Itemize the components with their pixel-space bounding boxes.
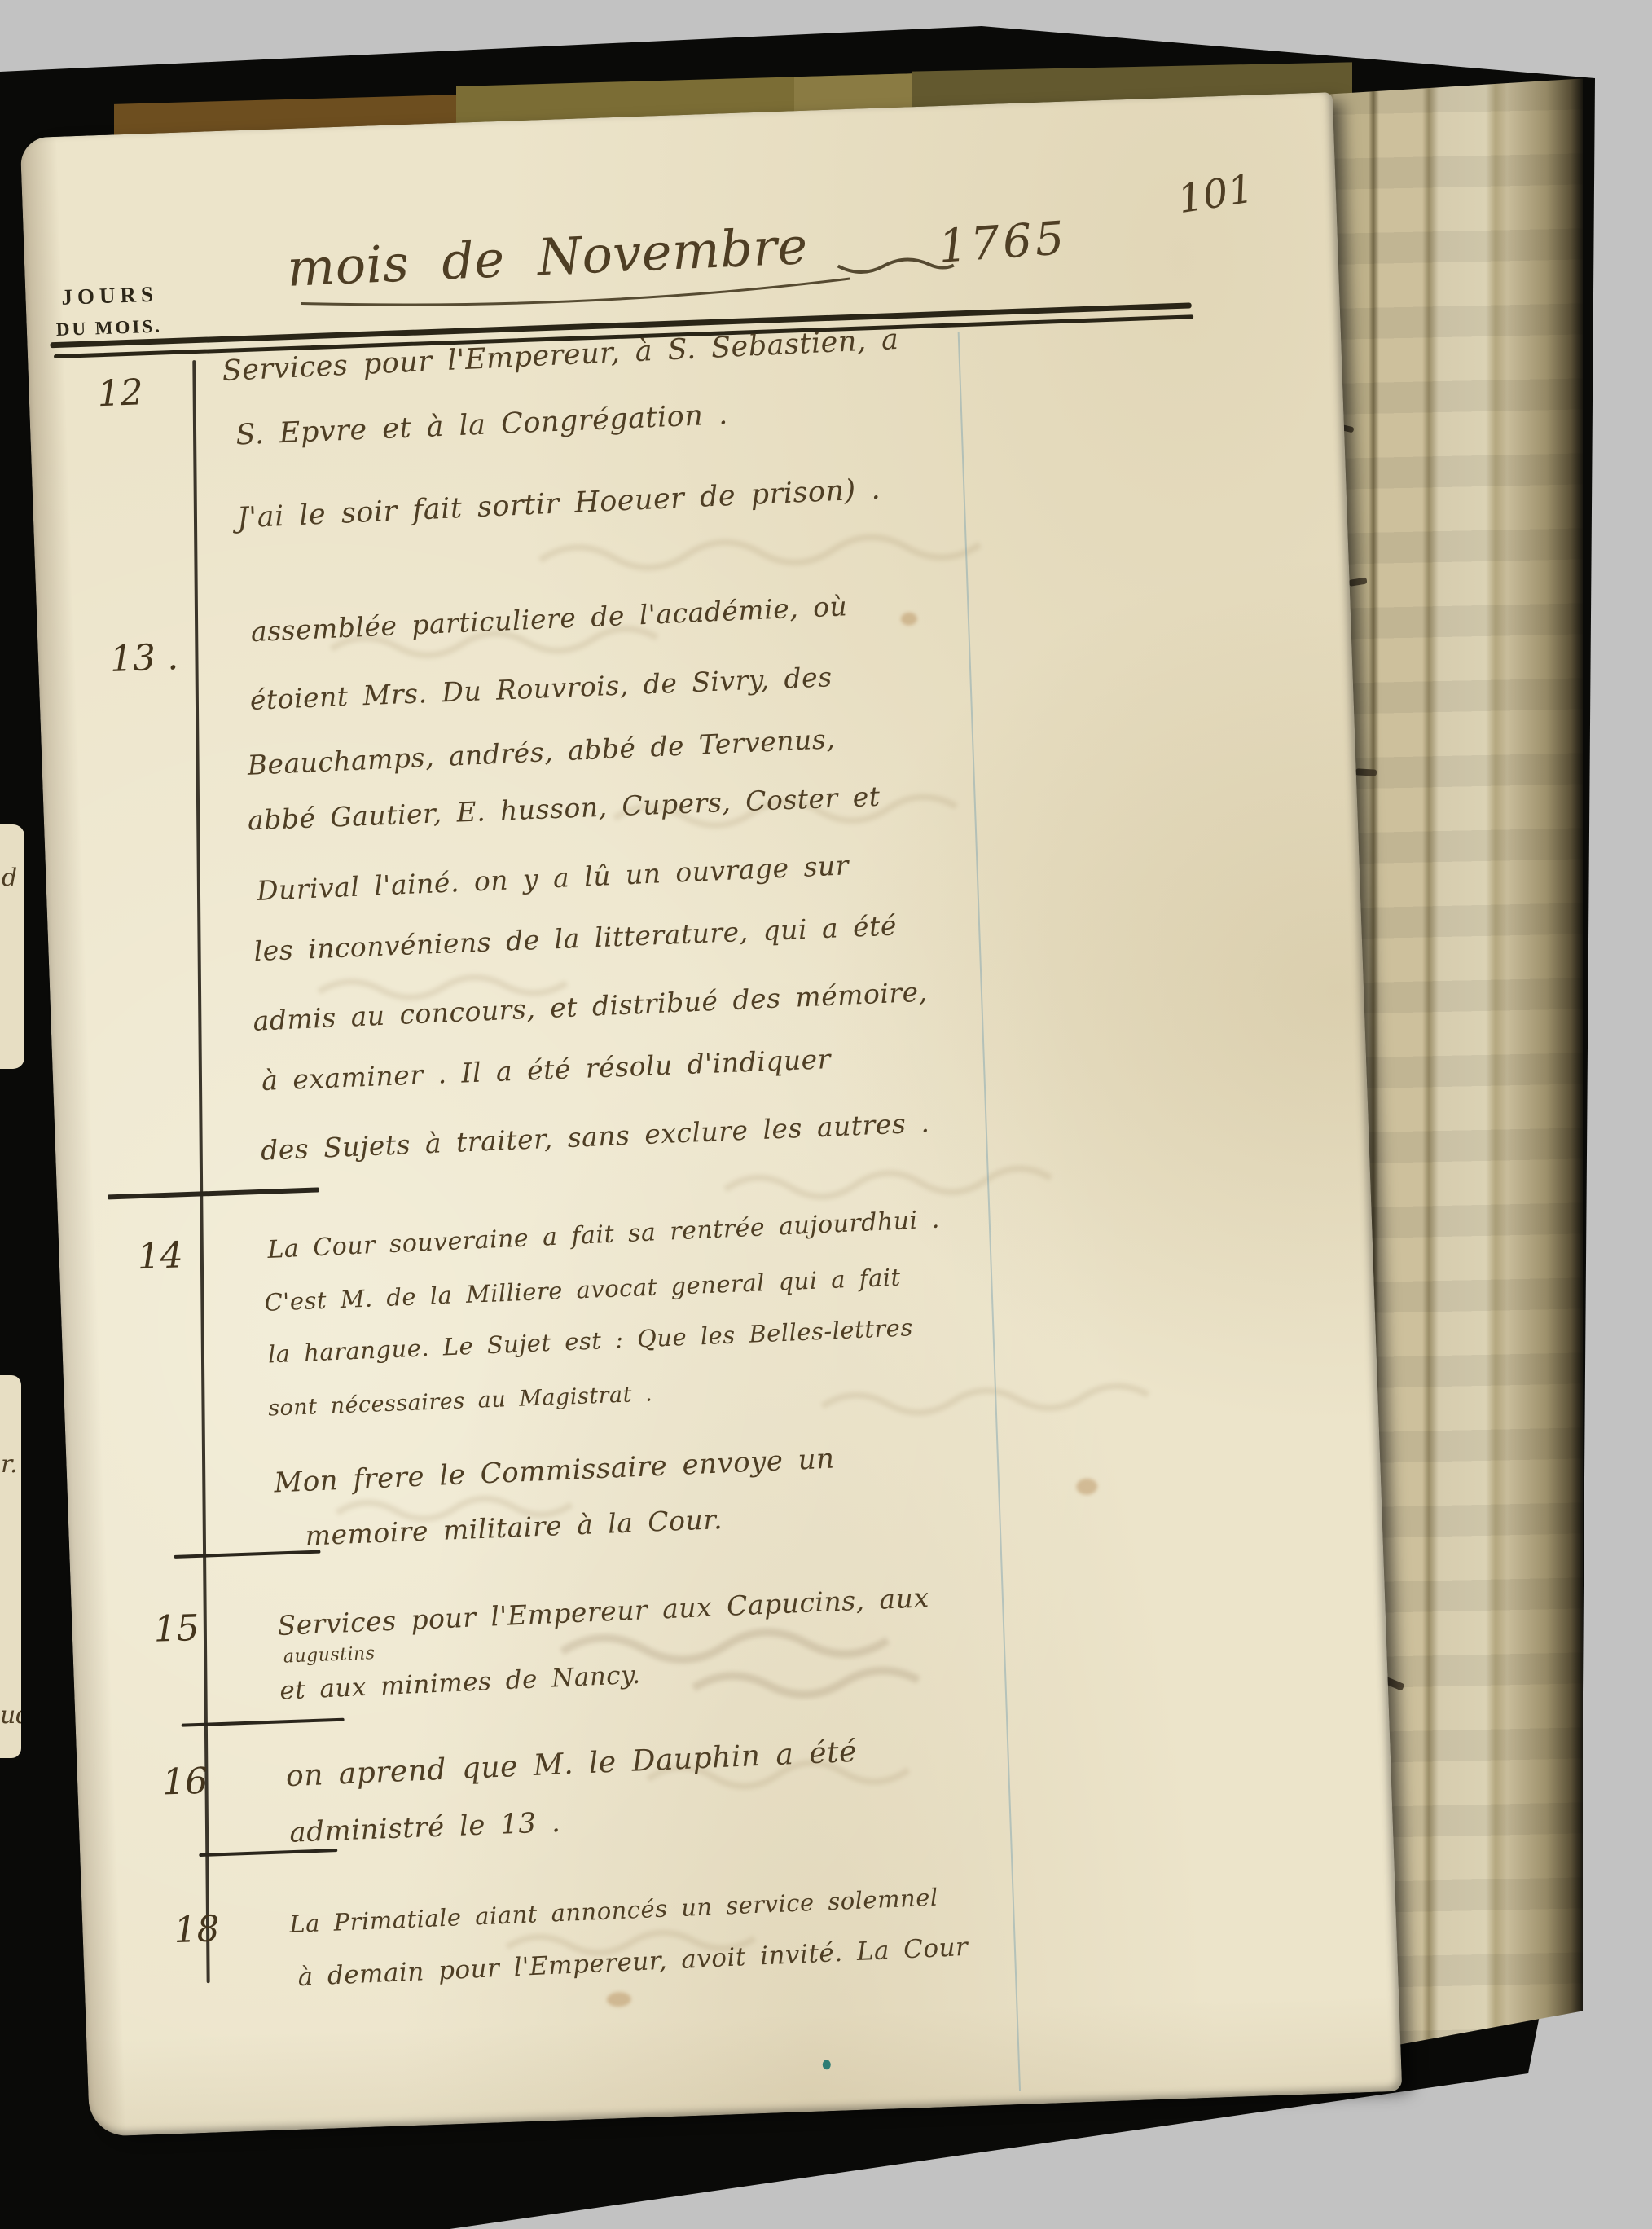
entry-18-line: La Primatiale aiant annoncés un service … — [289, 1884, 939, 1938]
teal-ink-dot — [823, 2060, 831, 2069]
column-header-line1: JOURS — [61, 282, 159, 310]
entry-13-line: étoient Mrs. Du Rouvrois, de Sivry, des — [249, 661, 833, 716]
page-title: mois de Novembre — [286, 216, 809, 298]
entry-13-line: abbé Gautier, E. husson, Cupers, Coster … — [247, 780, 881, 837]
entry-14-line: la harangue. Le Sujet est : Que les Bell… — [267, 1313, 913, 1368]
margin-line — [958, 332, 1021, 2091]
entry-separator-tick — [108, 1187, 319, 1199]
column-header-line2: DU MOIS. — [55, 315, 162, 341]
edge-ink-mark — [1349, 577, 1368, 586]
entry-14-day: 14 — [137, 1234, 184, 1277]
cutoff-text-fragment: d — [2, 864, 17, 892]
entry-12-line: J'ai le soir fait sortir Hoeuer de priso… — [236, 473, 881, 535]
entry-14-line: memoire militaire à la Cour. — [305, 1503, 723, 1552]
journal-page: JOURS DU MOIS. mois de Novembre 1765 101… — [20, 92, 1403, 2137]
entry-13-line: les inconvéniens de la litterature, qui … — [253, 909, 898, 967]
page-number: 101 — [1175, 165, 1257, 222]
entry-15-interline: augustins — [283, 1643, 376, 1668]
entry-14-line: Mon frere le Commissaire envoye un — [274, 1443, 836, 1500]
entry-separator-tick — [174, 1550, 320, 1559]
day-column-rule — [192, 360, 209, 1983]
entry-14-line: C'est M. de la Milliere avocat general q… — [264, 1264, 901, 1317]
entry-15-line: et aux minimes de Nancy. — [279, 1660, 642, 1706]
entry-16-line: administré le 13 . — [289, 1806, 561, 1849]
entry-15-line: Services pour l'Empereur aux Capucins, a… — [277, 1581, 930, 1642]
entry-13-line: assemblée particuliere de l'académie, où — [250, 590, 848, 648]
facing-page-sliver: r. ud, — [0, 1375, 21, 1758]
edge-ink-mark — [1355, 768, 1377, 776]
entry-14-line: sont nécessaires au Magistrat . — [268, 1381, 653, 1421]
entry-12-day: 12 — [97, 371, 144, 415]
cutoff-text-fragment: ud, — [0, 1701, 21, 1730]
entry-13-line: Durival l'ainé. on y a lû un ouvrage sur — [256, 849, 850, 907]
entry-15-day: 15 — [153, 1607, 200, 1651]
entry-18-day: 18 — [174, 1908, 221, 1951]
foxing-spot — [1076, 1478, 1098, 1495]
facing-page-sliver: d — [0, 824, 24, 1069]
scanned-journal-photo: d r. ud, JOURS — [0, 0, 1652, 2229]
entry-13-day: 13 . — [109, 636, 179, 680]
entry-13-line: admis au concours, et distribué des mémo… — [253, 976, 929, 1037]
entry-18-line: à demain pour l'Empereur, avoit invité. … — [297, 1932, 969, 1992]
foxing-spot — [901, 612, 918, 626]
entry-separator-tick — [199, 1849, 337, 1857]
year-label: 1765 — [937, 212, 1070, 274]
entry-13-line: Beauchamps, andrés, abbé de Tervenus, — [247, 723, 836, 781]
entry-14-line: La Cour souveraine a fait sa rentrée auj… — [267, 1206, 941, 1264]
entry-13-line: des Sujets à traiter, sans exclure les a… — [260, 1106, 930, 1166]
foxing-spot — [607, 1992, 632, 2007]
entry-16-day: 16 — [161, 1761, 209, 1804]
cutoff-text-fragment: r. — [1, 1450, 18, 1479]
entry-16-line: on aprend que M. le Dauphin a été — [285, 1735, 857, 1794]
entry-13-line: à examiner . Il a été résolu d'indiquer — [261, 1043, 831, 1097]
entry-12-line: S. Epvre et à la Congrégation . — [235, 398, 729, 451]
